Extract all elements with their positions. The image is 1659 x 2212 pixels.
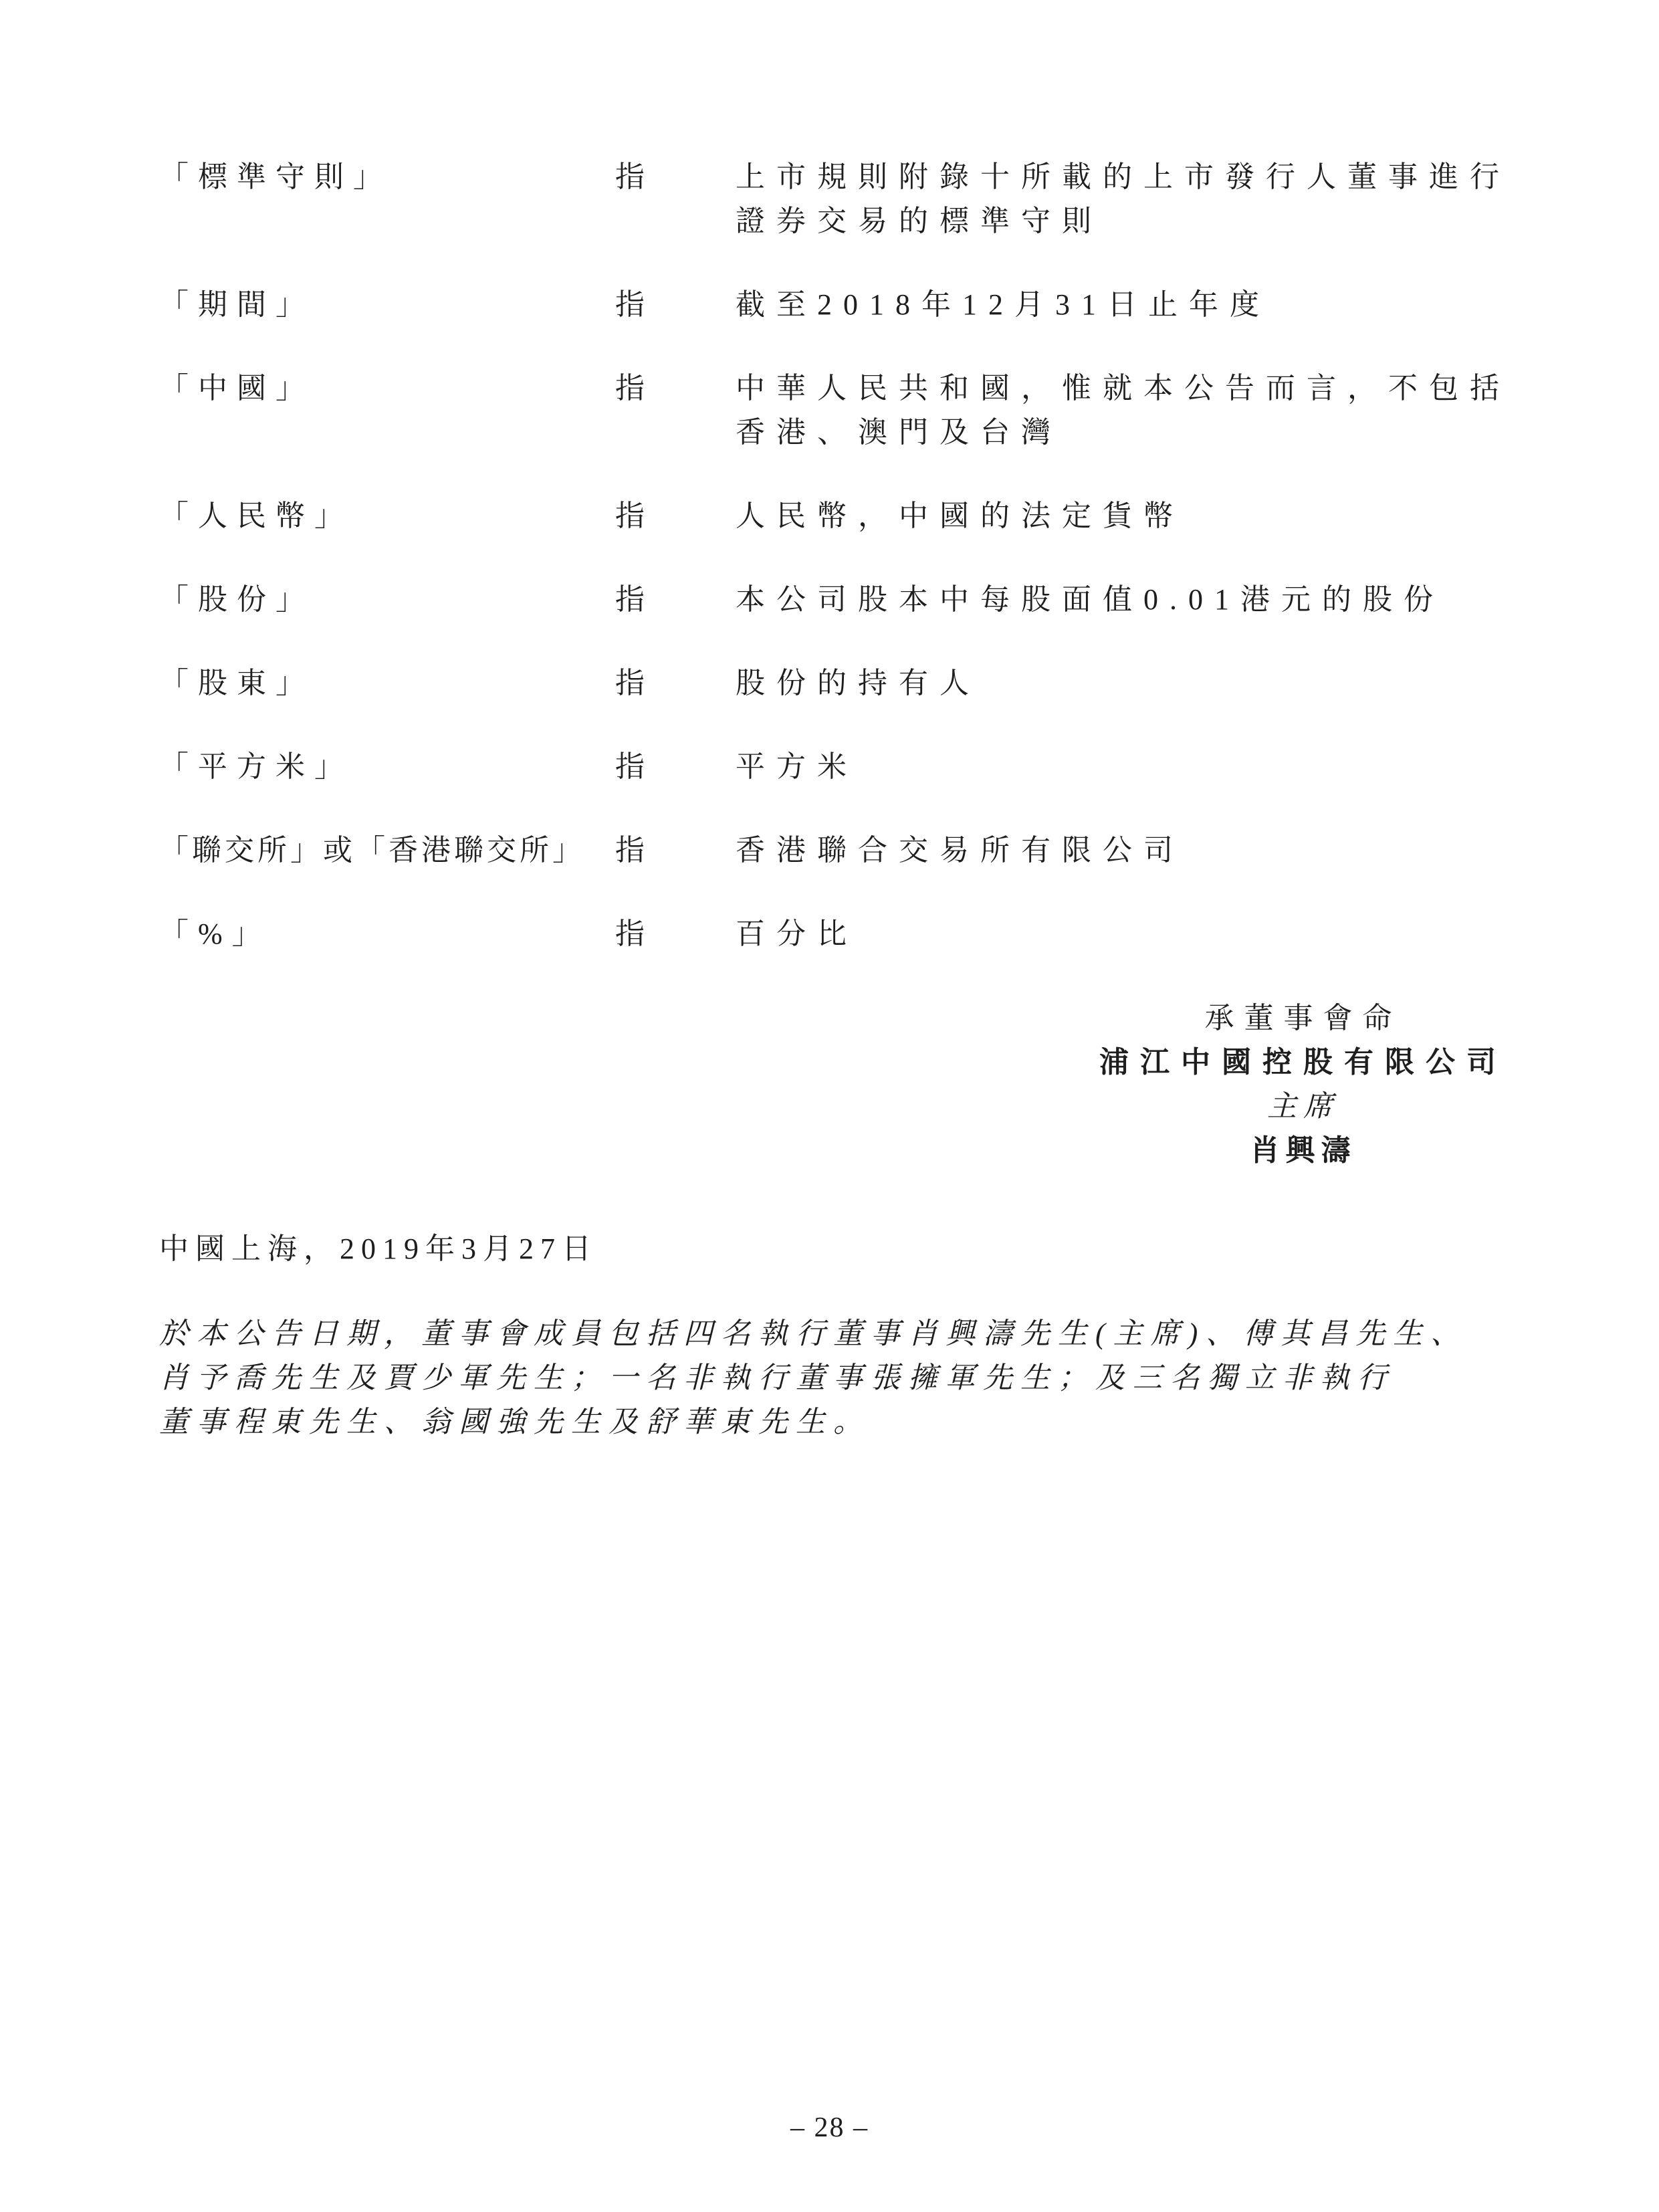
definition-row: 「平方米」 指 平方米 [159,745,1510,789]
definition-means-label: 指 [615,912,736,956]
definition-means-label: 指 [615,155,736,199]
signature-preamble: 承董事會命 [1097,996,1509,1040]
definition-row: 「期間」 指 截至2018年12月31日止年度 [159,283,1510,327]
definition-row: 「%」 指 百分比 [159,912,1510,956]
definition-text: 香港聯合交易所有限公司 [736,828,1510,873]
signature-company-name: 浦江中國控股有限公司 [1097,1040,1509,1085]
definitions-list: 「標準守則」 指 上市規則附錄十所載的上市發行人董事進行 證券交易的標準守則 「… [159,155,1510,956]
definition-text: 上市規則附錄十所載的上市發行人董事進行 證券交易的標準守則 [736,155,1511,243]
definition-term: 「標準守則」 [159,155,615,199]
definition-means-label: 指 [615,828,736,873]
signature-title: 主席 [1097,1085,1509,1129]
place-date-line: 中國上海，2019年3月27日 [159,1227,598,1271]
definition-means-label: 指 [615,661,736,705]
definition-term: 「%」 [159,912,615,956]
definition-text: 百分比 [736,912,1510,956]
definition-means-label: 指 [615,283,736,327]
definition-row: 「股東」 指 股份的持有人 [159,661,1510,705]
definition-term: 「股東」 [159,661,615,705]
definition-text: 本公司股本中每股面值0.01港元的股份 [736,578,1510,622]
definition-row: 「股份」 指 本公司股本中每股面值0.01港元的股份 [159,578,1510,622]
definition-means-label: 指 [615,366,736,411]
definition-row: 「聯交所」或「香港聯交所」 指 香港聯合交易所有限公司 [159,828,1510,873]
definition-term: 「中國」 [159,366,615,411]
definition-text: 平方米 [736,745,1510,789]
definition-row: 「人民幣」 指 人民幣，中國的法定貨幣 [159,494,1510,538]
definition-means-label: 指 [615,745,736,789]
board-composition-paragraph: 於本公告日期，董事會成員包括四名執行董事肖興濤先生(主席)、傅其昌先生、 肖予喬… [159,1312,1517,1444]
definition-term: 「聯交所」或「香港聯交所」 [159,828,615,873]
page-number: – 28 – [0,2106,1659,2150]
definition-term: 「人民幣」 [159,494,615,538]
signature-block: 承董事會命 浦江中國控股有限公司 主席 肖興濤 [1097,996,1509,1173]
definition-term: 「平方米」 [159,745,615,789]
definition-term: 「期間」 [159,283,615,327]
signature-signer-name: 肖興濤 [1097,1129,1509,1173]
definition-text: 股份的持有人 [736,661,1510,705]
definition-text: 人民幣，中國的法定貨幣 [736,494,1510,538]
definition-text: 截至2018年12月31日止年度 [736,283,1510,327]
definition-row: 「標準守則」 指 上市規則附錄十所載的上市發行人董事進行 證券交易的標準守則 [159,155,1510,243]
definition-row: 「中國」 指 中華人民共和國，惟就本公告而言，不包括 香港、澳門及台灣 [159,366,1510,455]
definition-means-label: 指 [615,578,736,622]
definition-term: 「股份」 [159,578,615,622]
definition-means-label: 指 [615,494,736,538]
definition-text: 中華人民共和國，惟就本公告而言，不包括 香港、澳門及台灣 [736,366,1511,455]
document-page: 「標準守則」 指 上市規則附錄十所載的上市發行人董事進行 證券交易的標準守則 「… [0,0,1659,2212]
